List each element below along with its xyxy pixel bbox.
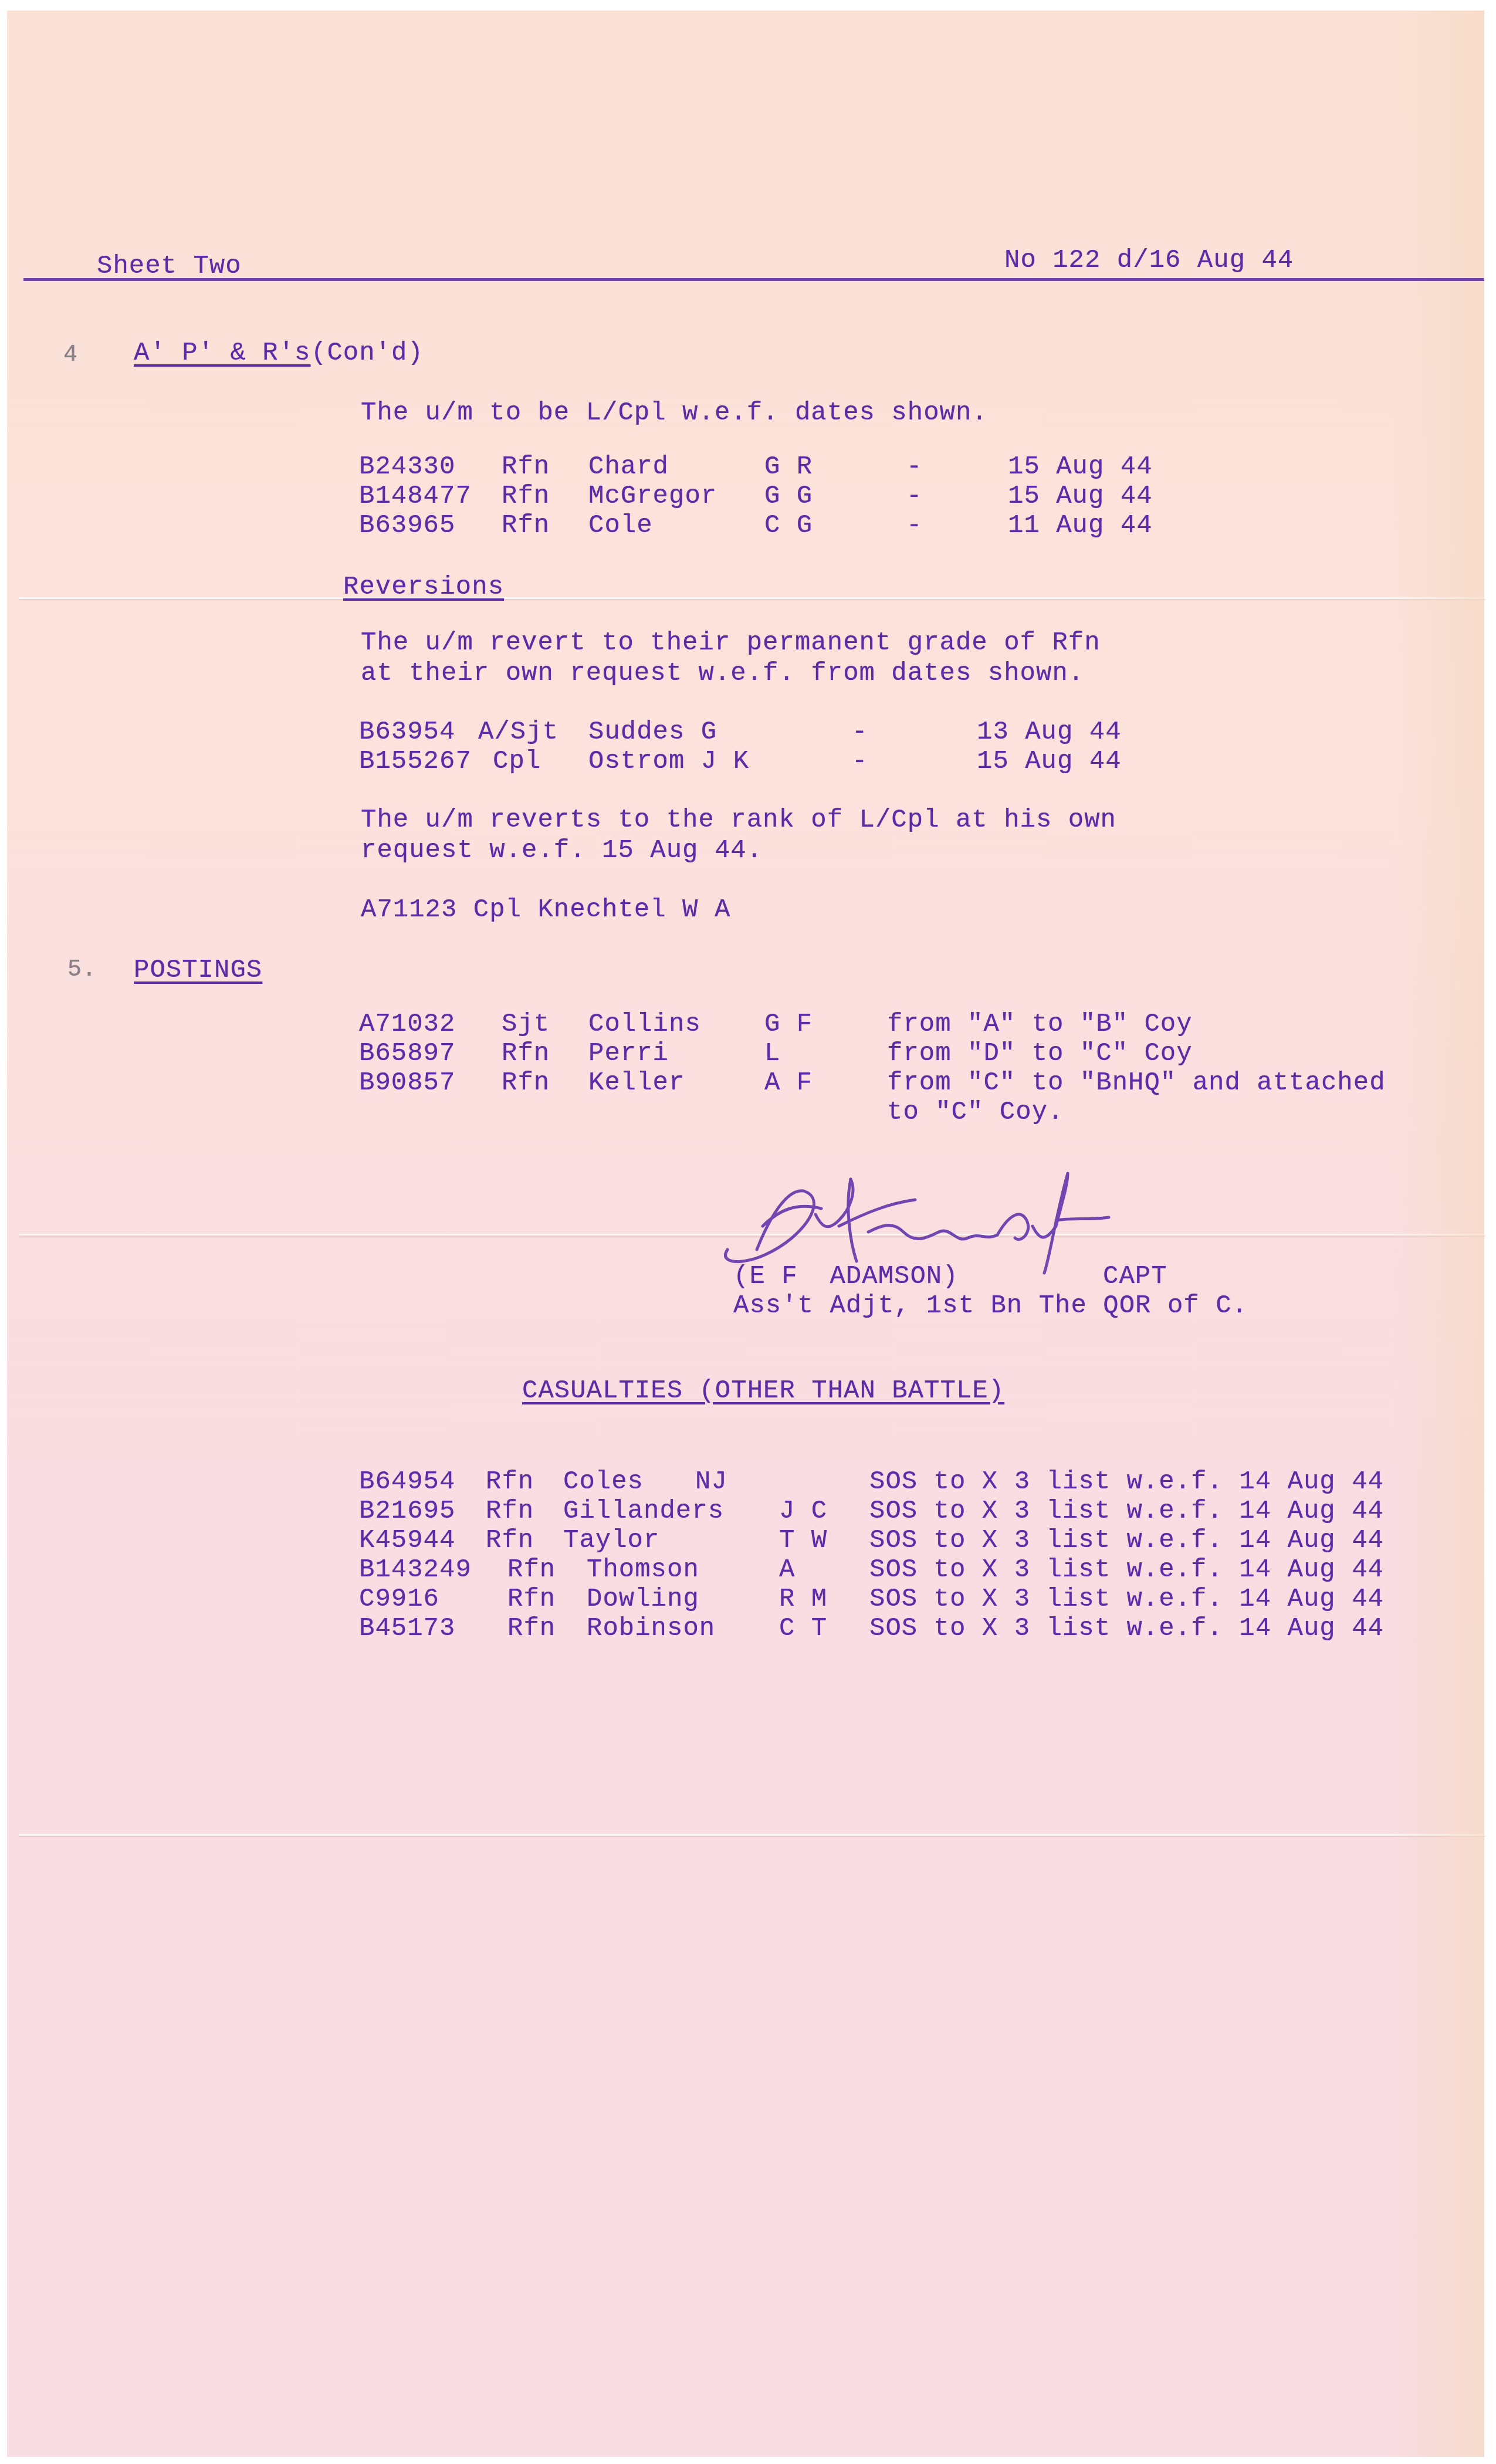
reversion-rank-paragraph: request w.e.f. 15 Aug 44.: [361, 835, 763, 866]
posting-detail: from "D" to "C" Coy: [887, 1038, 1193, 1069]
order-reference: No 122 d/16 Aug 44: [1004, 245, 1294, 276]
surname: Chard: [588, 452, 669, 482]
posting-detail: from "C" to "BnHQ" and attached: [887, 1068, 1386, 1098]
surname: Collins: [588, 1009, 701, 1040]
dash: -: [852, 746, 868, 777]
service-number: K45944: [359, 1525, 455, 1556]
surname: Cole: [588, 510, 653, 541]
section-title: A' P' & R's: [134, 338, 310, 368]
dash: -: [852, 717, 868, 747]
rank: Rfn: [507, 1584, 556, 1615]
paper-fold: [19, 597, 1485, 599]
section-title: POSTINGS: [134, 955, 262, 986]
casualty-action: SOS to X 3 list w.e.f. 14 Aug 44: [869, 1525, 1384, 1556]
service-number: A71032: [359, 1009, 455, 1040]
rank: Rfn: [502, 1038, 550, 1069]
rank: Rfn: [507, 1555, 556, 1585]
initials: J C: [779, 1496, 827, 1527]
rank: Rfn: [502, 481, 550, 512]
signatory-rank: CAPT: [1103, 1261, 1167, 1292]
reversions-paragraph: at their own request w.e.f. from dates s…: [361, 658, 1084, 689]
casualties-heading: CASUALTIES (OTHER THAN BATTLE): [522, 1376, 1004, 1406]
reversions-paragraph: The u/m revert to their permanent grade …: [361, 628, 1101, 658]
effective-date: 15 Aug 44: [1008, 452, 1153, 482]
service-number: B24330: [359, 452, 455, 482]
rank: Rfn: [486, 1525, 534, 1556]
service-number: B65897: [359, 1038, 455, 1069]
initials: A F: [764, 1068, 813, 1098]
sheet-label: Sheet Two: [97, 251, 242, 282]
rank: Rfn: [502, 510, 550, 541]
initials: C T: [779, 1613, 827, 1644]
surname: Suddes G: [588, 717, 717, 747]
rank: Rfn: [507, 1613, 556, 1644]
reversions-heading: Reversions: [343, 572, 504, 603]
casualty-action: SOS to X 3 list w.e.f. 14 Aug 44: [869, 1613, 1384, 1644]
surname: Keller: [588, 1068, 685, 1098]
rank: A/Sjt: [478, 717, 559, 747]
reversion-rank-paragraph: The u/m reverts to the rank of L/Cpl at …: [361, 805, 1116, 835]
initials: NJ: [695, 1467, 727, 1497]
section-title-suffix: (Con'd): [311, 338, 424, 368]
effective-date: 15 Aug 44: [977, 746, 1122, 777]
header-rule: [23, 278, 1484, 281]
reversion-single-entry: A71123 Cpl Knechtel W A: [361, 895, 730, 925]
initials: R M: [779, 1584, 827, 1615]
paper-fold: [19, 1834, 1485, 1836]
dash: -: [906, 481, 922, 512]
initials: T W: [779, 1525, 827, 1556]
surname: Dowling: [587, 1584, 699, 1615]
effective-date: 13 Aug 44: [977, 717, 1122, 747]
posting-detail: from "A" to "B" Coy: [887, 1009, 1193, 1040]
service-number: B155267: [359, 746, 472, 777]
service-number: B143249: [359, 1555, 472, 1585]
effective-date: 11 Aug 44: [1008, 510, 1153, 541]
signatory-appointment: Ass't Adjt, 1st Bn The QOR of C.: [733, 1291, 1248, 1321]
appointment-intro: The u/m to be L/Cpl w.e.f. dates shown.: [361, 398, 988, 428]
service-number: B148477: [359, 481, 472, 512]
effective-date: 15 Aug 44: [1008, 481, 1153, 512]
casualty-action: SOS to X 3 list w.e.f. 14 Aug 44: [869, 1584, 1384, 1615]
rank: Cpl: [493, 746, 541, 777]
surname: McGregor: [588, 481, 717, 512]
service-number: B90857: [359, 1068, 455, 1098]
surname: Ostrom J K: [588, 746, 749, 777]
initials: C G: [764, 510, 813, 541]
rank: Sjt: [502, 1009, 550, 1040]
rank: Rfn: [502, 1068, 550, 1098]
initials: G G: [764, 481, 813, 512]
surname: Coles: [563, 1467, 644, 1497]
service-number: C9916: [359, 1584, 439, 1615]
initials: L: [764, 1038, 780, 1069]
initials: A: [779, 1555, 795, 1585]
surname: Gillanders: [563, 1496, 724, 1527]
service-number: B64954: [359, 1467, 455, 1497]
surname: Perri: [588, 1038, 669, 1069]
section-number: 4: [63, 340, 78, 371]
service-number: B45173: [359, 1613, 455, 1644]
dash: -: [906, 510, 922, 541]
casualty-action: SOS to X 3 list w.e.f. 14 Aug 44: [869, 1555, 1384, 1585]
section-number: 5.: [67, 955, 97, 986]
surname: Thomson: [587, 1555, 699, 1585]
casualty-action: SOS to X 3 list w.e.f. 14 Aug 44: [869, 1467, 1384, 1497]
casualty-action: SOS to X 3 list w.e.f. 14 Aug 44: [869, 1496, 1384, 1527]
rank: Rfn: [486, 1467, 534, 1497]
service-number: B63954: [359, 717, 455, 747]
service-number: B63965: [359, 510, 455, 541]
rank: Rfn: [502, 452, 550, 482]
posting-detail: to "C" Coy.: [887, 1097, 1064, 1128]
rank: Rfn: [486, 1496, 534, 1527]
initials: G R: [764, 452, 813, 482]
surname: Taylor: [563, 1525, 659, 1556]
initials: G F: [764, 1009, 813, 1040]
service-number: B21695: [359, 1496, 455, 1527]
signatory-name: (E F ADAMSON): [733, 1261, 959, 1292]
surname: Robinson: [587, 1613, 715, 1644]
dash: -: [906, 452, 922, 482]
